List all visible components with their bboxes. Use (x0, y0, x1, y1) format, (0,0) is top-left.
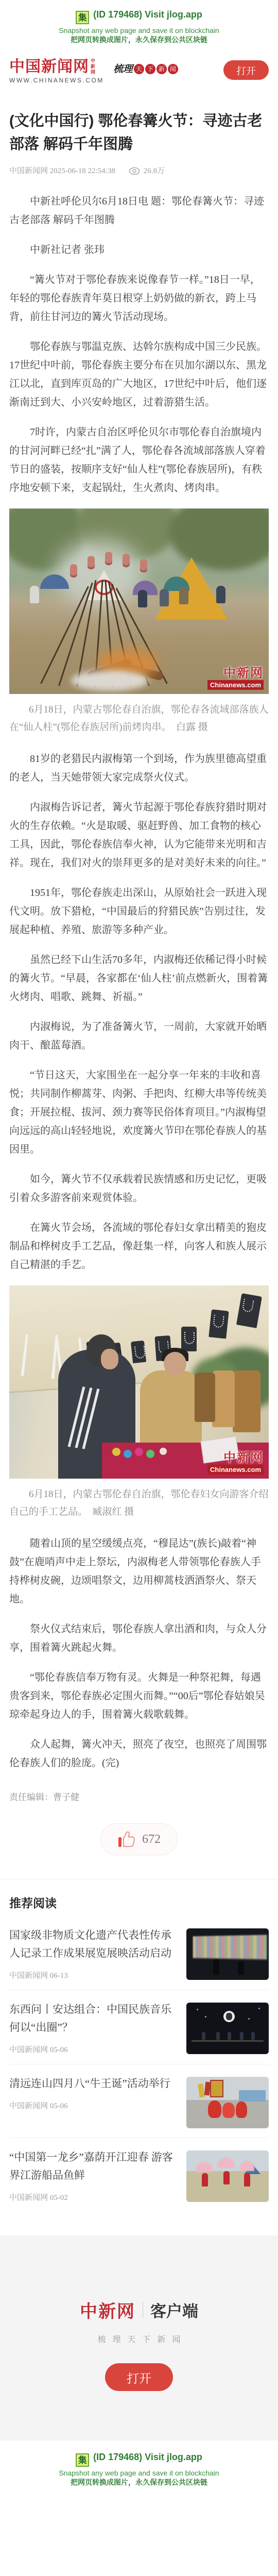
paragraph: 众人起舞，篝火冲天，照亮了夜空，也照亮了周围鄂伦春族人们的脸庞。(完) (9, 1735, 269, 1772)
slogan-seal-2: 下 (145, 64, 155, 74)
slogan-seal-3: 新 (157, 64, 167, 74)
open-app-button[interactable]: 打开 (223, 60, 269, 80)
view-counter: 26.8万 (129, 165, 165, 177)
jlog-tagline-cn: 把网页转换成图片，永久保存到公共区块链 (0, 36, 278, 46)
recommend-title[interactable]: 东西问丨安达组合：中国民族音乐何以“出圈”？ (9, 2001, 178, 2037)
jlog-link[interactable]: 集(ID 179468) Visit jlog.app (0, 2450, 278, 2467)
jlog-link[interactable]: 集(ID 179468) Visit jlog.app (0, 7, 278, 24)
jlog-banner-bottom[interactable]: 集(ID 179468) Visit jlog.app Snapshot any… (0, 2441, 278, 2500)
editor-line: 责任编辑：曹子健 (9, 1790, 269, 1803)
paragraph: 81岁的老猎民内淑梅第一个到场，作为族里德高望重的老人，当天她带领大家完成祭火仪… (9, 750, 269, 787)
open-app-button-footer[interactable]: 打开 (105, 2363, 173, 2391)
footer-logo-text: 中新网 (80, 2297, 135, 2323)
paragraph: 中新社呼伦贝尔6月18日电 题：鄂伦春篝火节：寻迹古老部落 解码千年图腾 (9, 192, 269, 229)
recommend-thumbnail-concert[interactable] (186, 2003, 269, 2054)
view-count: 26.8万 (144, 165, 165, 177)
jlog-tagline-en: Snapshot any web page and save it on blo… (0, 26, 278, 36)
paragraph: 在篝火节会场，各流域的鄂伦春妇女拿出精美的狍皮制品和桦树皮手工艺品，像赶集一样，… (9, 1218, 269, 1274)
recommend-source: 中国新闻网 05-06 (9, 2100, 178, 2111)
jlog-id-text: (ID 179468) Visit jlog.app (93, 9, 202, 20)
article-body: (文化中国行) 鄂伦春篝火节：寻迹古老部落 解码千年图腾 中国新闻网 2025-… (0, 110, 278, 1855)
jlog-logo-icon: 集 (76, 11, 89, 24)
article-datetime: 2025-06-18 22:54:38 (50, 165, 115, 177)
article-title: (文化中国行) 鄂伦春篝火节：寻迹古老部落 解码千年图腾 (9, 110, 269, 156)
recommend-title[interactable]: 清远连山四月八“牛王诞”活动举行 (9, 2075, 178, 2093)
recommend-title[interactable]: “中国第一龙乡”嘉荫开江迎春 游客界江游船品鱼鲜 (9, 2148, 178, 2184)
paragraph: 虽然已经下山生活70多年，内淑梅还依稀记得小时候的篝火节。“早晨，各家都在‘仙人… (9, 951, 269, 1006)
recommend-source: 中国新闻网 05-06 (9, 2044, 178, 2055)
jlog-tagline-en: Snapshot any web page and save it on blo… (0, 2468, 278, 2478)
article-photo-handicraft: 中新网 Chinanews.com (9, 1285, 269, 1479)
slogan-prefix: 梳理 (113, 64, 133, 75)
like-count: 672 (142, 1833, 161, 1846)
paragraph: “篝火节对于鄂伦春族来说像春节一样。”18日一早，年轻的鄂伦春族青年莫日根穿上奶… (9, 270, 269, 326)
thumb-up-icon (117, 1831, 137, 1848)
site-header: 中国新闻网 中新网 WWW.CHINANEWS.COM 梳理天下新闻 打开 (0, 52, 278, 96)
paragraph: 鄂伦春族与鄂温克族、达斡尔族构成中国三少民族。17世纪中叶前，鄂伦春族主要分布在… (9, 337, 269, 412)
footer-slogan: 梳理天下新闻 (0, 2333, 278, 2345)
recommend-section: 推荐阅读 国家级非物质文化遗产代表性传承人记录工作成果展览展映活动启动 中国新闻… (0, 1879, 278, 2215)
article-figure-campfire: 中新网 Chinanews.com 6月18日，内蒙古鄂伦春自治旗，鄂伦春各流域… (9, 509, 269, 736)
article-figure-handicraft: 中新网 Chinanews.com 6月18日，内蒙古鄂伦春自治旗，鄂伦春妇女向… (9, 1285, 269, 1521)
jlog-logo-icon: 集 (76, 2453, 89, 2467)
chinanews-logo[interactable]: 中国新闻网 中新网 WWW.CHINANEWS.COM (9, 58, 104, 84)
paragraph: 1951年，鄂伦春族走出深山，从原始社会一跃进入现代文明。放下猎枪，“中国最后的… (9, 884, 269, 939)
recommend-source: 中国新闻网 06-13 (9, 1970, 178, 1980)
recommend-item[interactable]: 清远连山四月八“牛王诞”活动举行 中国新闻网 05-06 (9, 2064, 269, 2138)
recommend-thumbnail-exhibition[interactable] (186, 1928, 269, 1980)
jlog-banner-top[interactable]: 集(ID 179468) Visit jlog.app Snapshot any… (0, 0, 278, 52)
article-meta: 中国新闻网 2025-06-18 22:54:38 26.8万 (9, 165, 269, 177)
paragraph: 内淑梅告诉记者，篝火节起源于鄂伦春族狩猎时期对火的生存依赖。“火是取暖、驱赶野兽… (9, 798, 269, 872)
paragraph: “鄂伦春族信奉万物有灵。火舞是一种祭祀舞，每遇贵客到来，鄂伦春族必定围火而舞。”… (9, 1668, 269, 1724)
paragraph: 祭火仪式结束后，鄂伦春族人拿出酒和肉，与众人分享，围着篝火跳起火舞。 (9, 1620, 269, 1657)
paragraph: 中新社记者 张玮 (9, 241, 269, 259)
logo-main-text: 中国新闻网 (9, 58, 89, 76)
paragraph: 随着山顶的星空缓缓点亮，“穆昆达”(族长)敲着“神鼓”在鹿哨声中走上祭坛，内淑梅… (9, 1534, 269, 1608)
jlog-tagline-cn: 把网页转换成图片，永久保存到公共区块链 (0, 2478, 278, 2488)
slogan-logo: 梳理天下新闻 (113, 61, 178, 75)
like-button[interactable]: 672 (100, 1823, 178, 1855)
article-photo-campfire: 中新网 Chinanews.com (9, 509, 269, 694)
logo-url-text: WWW.CHINANEWS.COM (9, 77, 104, 84)
footer-logo-divider (143, 2302, 143, 2318)
recommend-source: 中国新闻网 05-02 (9, 2192, 178, 2202)
eye-icon (129, 167, 140, 175)
recommend-item[interactable]: “中国第一龙乡”嘉荫开江迎春 游客界江游船品鱼鲜 中国新闻网 05-02 (9, 2138, 269, 2212)
recommend-thumbnail-dancers[interactable] (186, 2150, 269, 2202)
recommend-item[interactable]: 东西问丨安达组合：中国民族音乐何以“出圈”？ 中国新闻网 05-06 (9, 1990, 269, 2064)
paragraph: “节日这天，大家围坐在一起分享一年来的丰收和喜悦；共同制作柳蒿芽、肉粥、手把肉、… (9, 1066, 269, 1159)
recommend-item[interactable]: 国家级非物质文化遗产代表性传承人记录工作成果展览展映活动启动 中国新闻网 06-… (9, 1916, 269, 1990)
watermark: 中新网 Chinanews.com (207, 1451, 264, 1475)
jlog-id-text: (ID 179468) Visit jlog.app (93, 2452, 202, 2462)
recommend-heading: 推荐阅读 (9, 1894, 269, 1911)
paragraph: 7时许，内蒙古自治区呼伦贝尔市鄂伦春自治旗境内的甘河河畔已经“扎”满了人，鄂伦春… (9, 423, 269, 497)
footer-client-text: 客户端 (150, 2298, 198, 2321)
watermark-en: Chinanews.com (207, 1465, 264, 1475)
recommend-title[interactable]: 国家级非物质文化遗产代表性传承人记录工作成果展览展映活动启动 (9, 1926, 178, 1962)
watermark: 中新网 Chinanews.com (207, 667, 264, 690)
app-footer: 中新网 客户端 梳理天下新闻 打开 (0, 2235, 278, 2441)
article-source: 中国新闻网 (9, 165, 48, 177)
recommend-thumbnail-parade[interactable] (186, 2077, 269, 2128)
watermark-en: Chinanews.com (207, 680, 264, 690)
slogan-seal-4: 闻 (168, 64, 178, 74)
watermark-cn: 中新网 (207, 1451, 264, 1465)
photo-caption: 6月18日，内蒙古鄂伦春自治旗，鄂伦春妇女向游客介绍自己的手工艺品。 臧淑红 摄 (9, 1486, 269, 1521)
slogan-seal-1: 天 (134, 64, 144, 74)
paragraph: 如今，篝火节不仅承载着民族情感和历史记忆，更吸引着众多游客前来观赏体验。 (9, 1170, 269, 1207)
paragraph: 内淑梅说，为了准备篝火节，一周前，大家就开始晒肉干、酿蓝莓酒。 (9, 1018, 269, 1055)
photo-caption: 6月18日，内蒙古鄂伦春自治旗，鄂伦春各流域部落族人在“仙人柱”(鄂伦春族居所)… (9, 701, 269, 736)
logo-sub-text: 中新网 (91, 58, 97, 75)
footer-logo: 中新网 客户端 (0, 2297, 278, 2323)
watermark-cn: 中新网 (207, 667, 264, 680)
